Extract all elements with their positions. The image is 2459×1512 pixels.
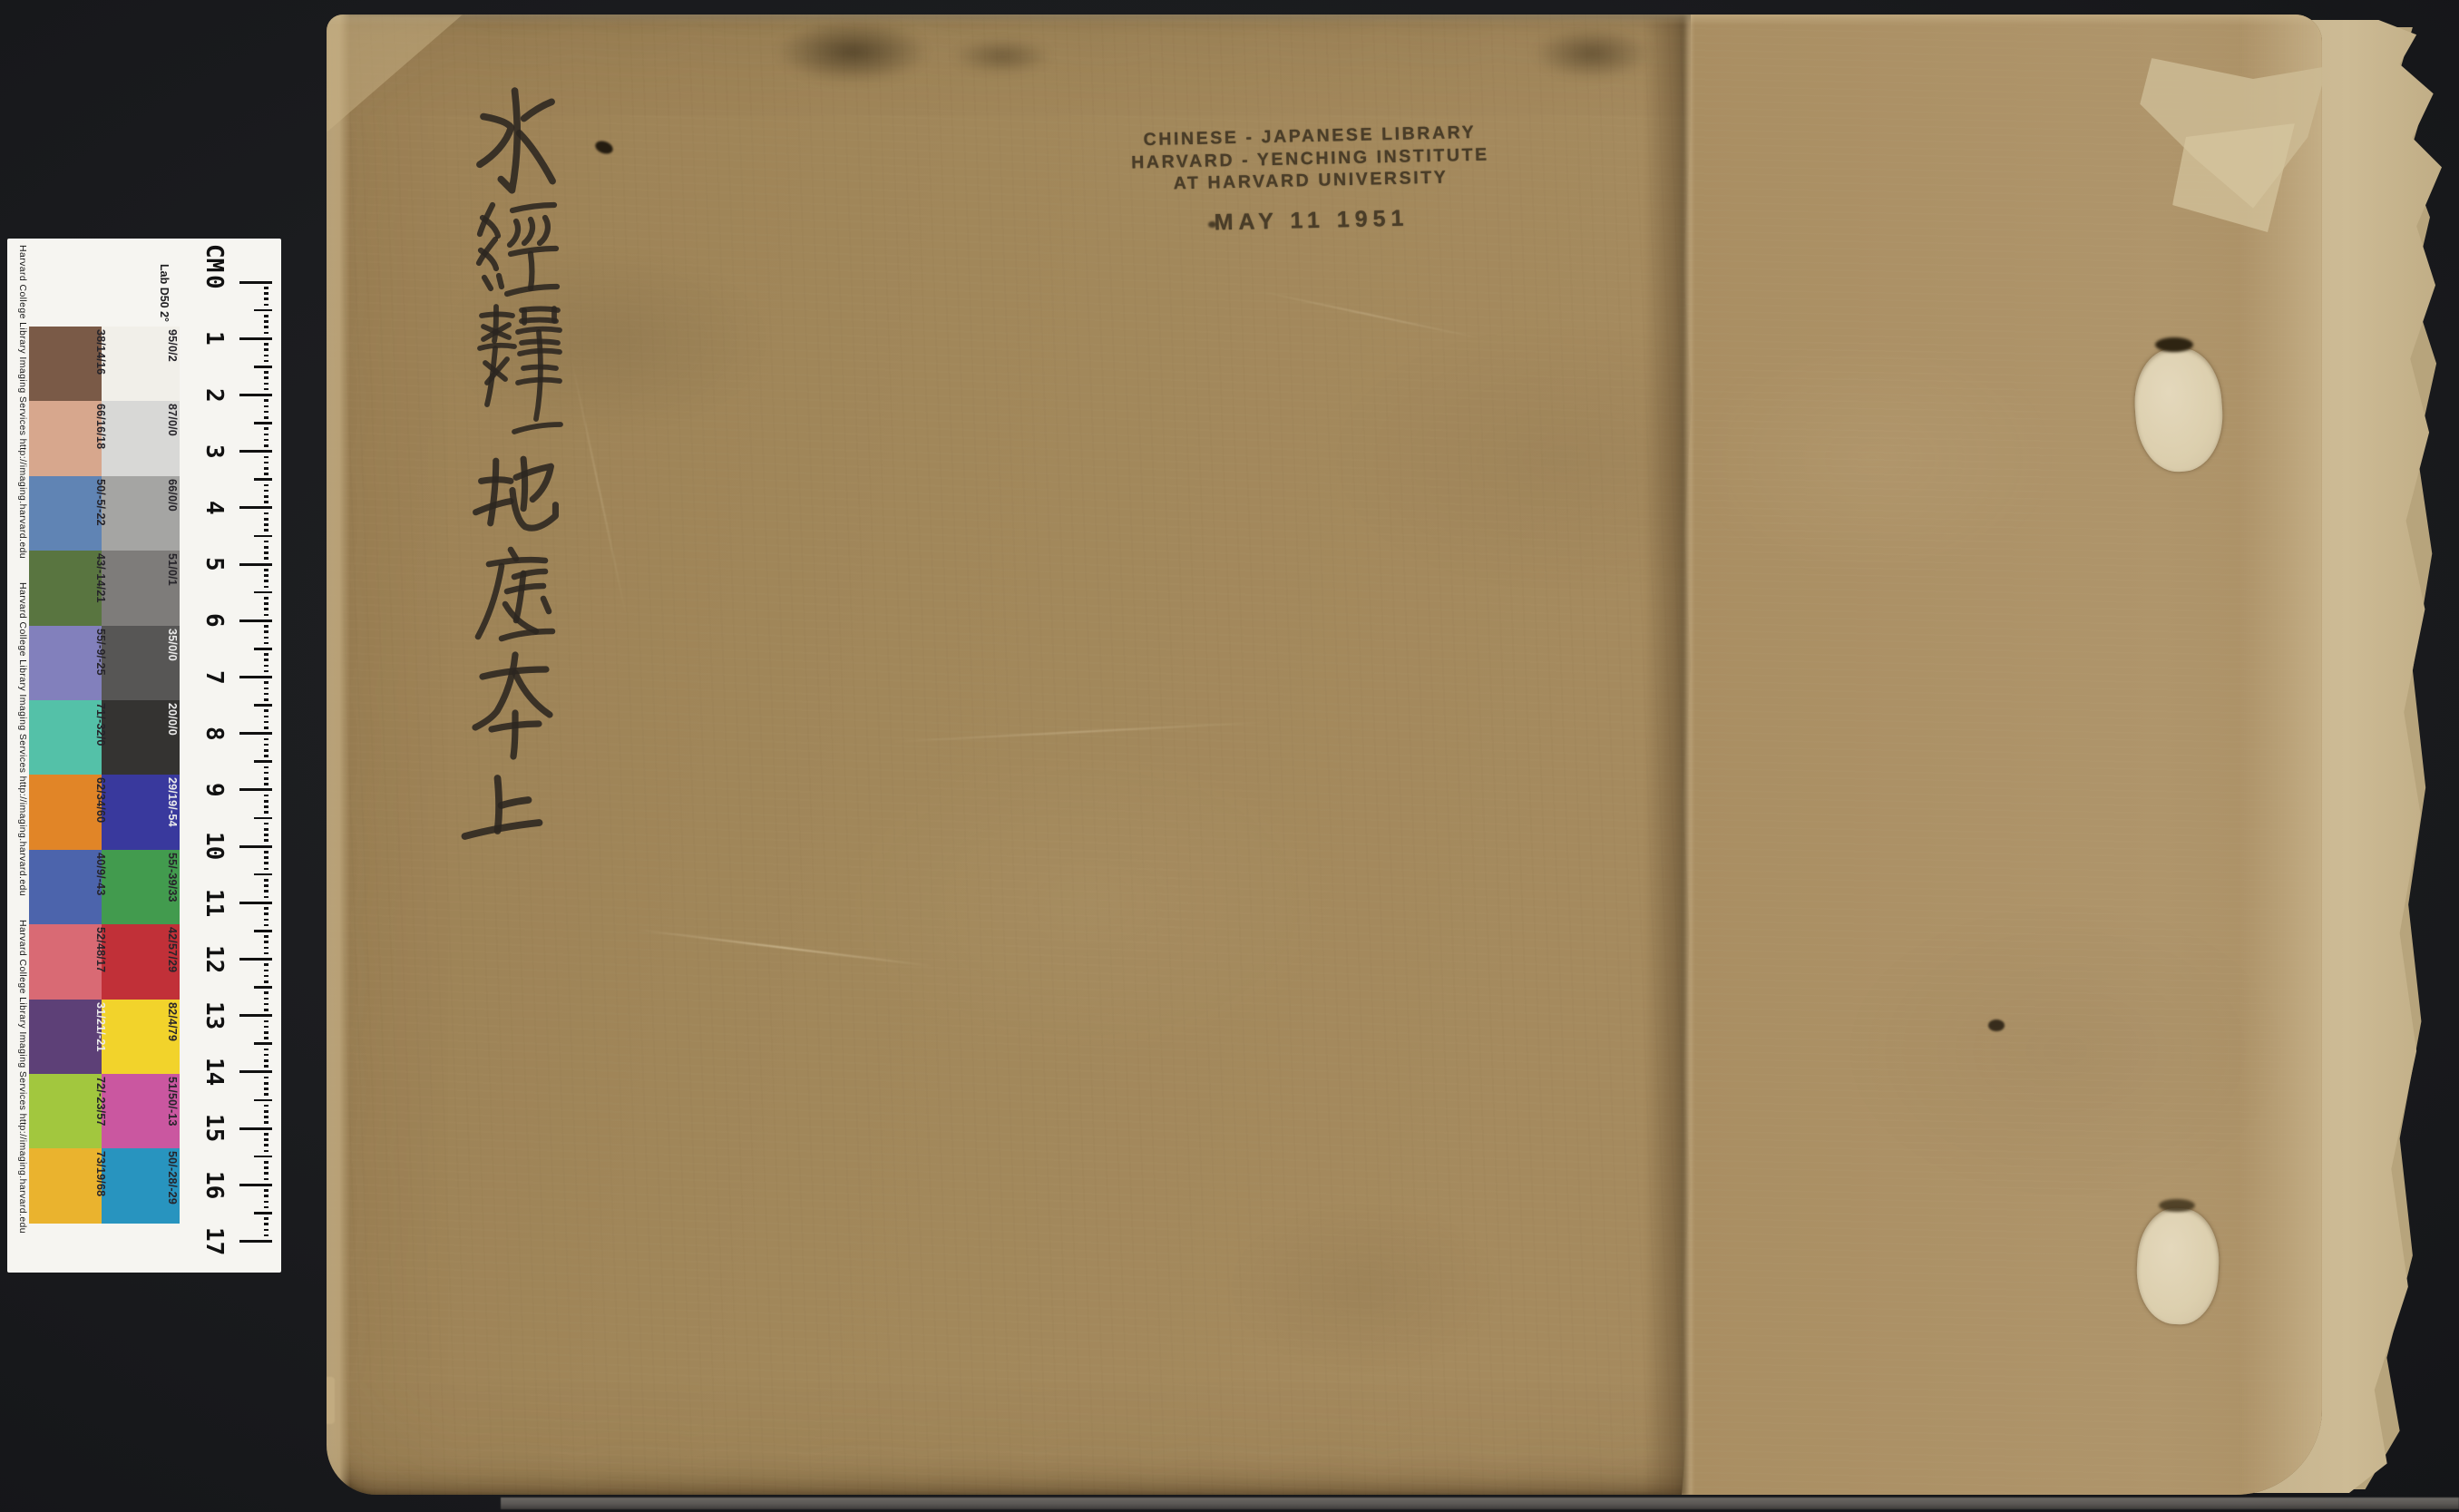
ruler-tick-mm (264, 777, 268, 780)
calligraphy-char-3 (417, 303, 619, 439)
calligraphy-char-1 (417, 85, 612, 203)
ruler-tick-mm (264, 371, 268, 374)
ruler-tick-mm (264, 1037, 268, 1039)
ruler-tick-mm (254, 986, 272, 989)
ruler-tick-mm (264, 1065, 268, 1068)
ruler-tick-mm (264, 484, 268, 487)
ruler-tick-mm (264, 980, 268, 983)
ruler-tick-mm (264, 332, 268, 335)
ruler-number: 11 (192, 880, 236, 925)
ruler-tick-cm (239, 563, 272, 566)
ruler-tick-cm (239, 845, 272, 848)
ruler-tick-mm (264, 868, 268, 871)
ruler-tick-mm (264, 444, 268, 447)
ruler-tick-mm (264, 608, 268, 610)
ruler-tick-mm (264, 388, 268, 391)
ruler-tick-mm (264, 823, 268, 825)
ruler: CM 01234567891011121314151617 (7, 239, 281, 1273)
scuff-mark (636, 929, 933, 967)
cover-title-calligraphy (417, 85, 626, 847)
ruler-tick-mm (264, 709, 268, 712)
patch-label: 50/-5/-22 (94, 479, 107, 526)
ruler-tick-cm (239, 1014, 272, 1017)
ruler-tick-mm (264, 1031, 268, 1034)
ruler-tick-mm (264, 1161, 268, 1164)
patch-label: 73/19/68 (94, 1151, 107, 1196)
ruler-tick-mm (264, 834, 268, 836)
ruler-tick-mm (264, 292, 268, 295)
ruler-tick-mm (264, 597, 268, 600)
cover-right-edge-wear (2239, 15, 2322, 1495)
ruler-tick-mm (264, 1144, 268, 1146)
patch-label: 40/9/-43 (94, 853, 107, 895)
ruler-tick-mm (264, 1178, 268, 1181)
ruler-tick-mm (264, 947, 268, 950)
ruler-tick-mm (264, 1059, 268, 1062)
ruler-tick-mm (264, 456, 268, 459)
ruler-tick-mm (264, 630, 268, 633)
ruler-tick-mm (264, 941, 268, 943)
ruler-tick-mm (254, 309, 272, 312)
ruler-tick-mm (254, 873, 272, 876)
ruler-tick-mm (264, 991, 268, 994)
calligraphy-char-2 (417, 192, 615, 299)
ruler-tick-mm (264, 495, 268, 498)
ruler-tick-mm (264, 462, 268, 464)
ruler-tick-mm (264, 315, 268, 317)
ruler-tick-cm (239, 788, 272, 791)
ruler-number: 1 (192, 316, 236, 361)
ruler-tick-mm (264, 614, 268, 617)
ruler-tick-mm (264, 670, 268, 673)
calligraphy-char-5 (417, 546, 611, 648)
ruler-tick-mm (264, 935, 268, 938)
ruler-tick-mm (254, 1042, 272, 1045)
ruler-tick-mm (264, 998, 268, 1000)
ruler-tick-mm (264, 766, 268, 769)
ruler-tick-mm (264, 970, 268, 972)
ruler-number: 13 (192, 993, 236, 1039)
ruler-tick-mm (264, 862, 268, 864)
ruler-tick-mm (264, 1223, 268, 1225)
ruler-tick-mm (264, 811, 268, 814)
ruler-tick-mm (264, 851, 268, 854)
ruler-tick-mm (264, 1150, 268, 1153)
patch-label: 62/34/60 (94, 777, 107, 823)
ruler-number: 8 (192, 711, 236, 756)
ruler-tick-mm (254, 591, 272, 594)
ruler-tick-cm (239, 1127, 272, 1130)
ruler-tick-mm (264, 879, 268, 882)
ruler-tick-mm (264, 1105, 268, 1107)
ruler-tick-mm (264, 586, 268, 589)
ruler-tick-mm (264, 772, 268, 775)
calligraphy-char-7 (417, 773, 585, 844)
ruler-tick-mm (264, 688, 268, 690)
patch-label: 43/-14/21 (94, 553, 107, 603)
ruler-number: 10 (192, 824, 236, 869)
ruler-tick-mm (264, 856, 268, 859)
ruler-tick-mm (264, 738, 268, 741)
ruler-tick-mm (264, 896, 268, 899)
ruler-tick-mm (264, 805, 268, 808)
ruler-tick-mm (264, 574, 268, 577)
ruler-tick-mm (264, 665, 268, 668)
ruler-tick-cm (239, 281, 272, 284)
digitized-book-scan: { "colors": { "background": "#1b1c1f", "… (0, 0, 2459, 1512)
ruler-tick-mm (264, 434, 268, 436)
book-cover-scan: CHINESE - JAPANESE LIBRARY HARVARD - YEN… (327, 15, 2355, 1495)
ruler-tick-cm (239, 450, 272, 453)
ruler-tick-mm (264, 1077, 268, 1079)
ruler-tick-mm (264, 343, 268, 346)
repair-patch-bottom-shadow (2159, 1199, 2195, 1212)
ruler-tick-mm (264, 551, 268, 554)
ruler-tick-mm (254, 366, 272, 368)
ruler-tick-cm (239, 902, 272, 904)
cover-fold-crease (1644, 15, 1694, 1495)
ruler-tick-mm (264, 1189, 268, 1192)
ruler-tick-mm (264, 727, 268, 729)
ruler-tick-mm (264, 580, 268, 582)
scuff-mark (889, 721, 1270, 743)
ruler-tick-mm (264, 287, 268, 289)
ruler-tick-cm (239, 337, 272, 340)
ruler-tick-mm (264, 512, 268, 515)
color-calibration-target: Harvard College Library Imaging Services… (7, 239, 281, 1273)
ruler-tick-mm (264, 755, 268, 757)
ruler-tick-mm (264, 501, 268, 503)
ruler-tick-mm (264, 1201, 268, 1204)
top-edge-wear (327, 15, 2322, 25)
ruler-tick-mm (264, 439, 268, 442)
ruler-tick-mm (264, 1026, 268, 1029)
ruler-tick-mm (264, 1206, 268, 1209)
ruler-tick-mm (254, 704, 272, 707)
ruler-tick-mm (264, 744, 268, 746)
ruler-tick-mm (264, 681, 268, 684)
ruler-number: 15 (192, 1106, 236, 1151)
ruler-tick-cm (239, 1070, 272, 1073)
patch-label: 52/48/17 (94, 927, 107, 972)
ruler-tick-mm (254, 422, 272, 424)
ruler-tick-mm (264, 890, 268, 893)
ruler-tick-mm (264, 924, 268, 927)
ruler-tick-mm (264, 1133, 268, 1136)
ruler-tick-cm (239, 732, 272, 735)
ruler-tick-mm (264, 546, 268, 549)
scuff-mark (1254, 289, 1486, 340)
ruler-tick-mm (264, 1121, 268, 1124)
ruler-tick-mm (264, 952, 268, 955)
ruler-tick-mm (264, 658, 268, 661)
ruler-tick-mm (264, 518, 268, 521)
repair-patch-top-shadow (2155, 337, 2193, 352)
ruler-tick-mm (264, 383, 268, 385)
ruler-number: 5 (192, 541, 236, 587)
ruler-tick-cm (239, 394, 272, 396)
ruler-tick-mm (264, 749, 268, 752)
ruler-number: 9 (192, 767, 236, 813)
ruler-tick-mm (254, 760, 272, 763)
ruler-tick-mm (254, 1212, 272, 1214)
ruler-tick-mm (264, 1049, 268, 1051)
ruler-tick-mm (264, 523, 268, 526)
dark-speck (1988, 1019, 2005, 1031)
ruler-tick-mm (264, 698, 268, 701)
ruler-tick-mm (264, 320, 268, 323)
ruler-tick-mm (264, 399, 268, 402)
ruler-tick-mm (264, 884, 268, 887)
calligraphy-char-6 (417, 649, 610, 760)
ruler-tick-mm (264, 541, 268, 543)
ruler-tick-mm (264, 602, 268, 605)
ruler-tick-mm (264, 642, 268, 645)
ruler-tick-mm (264, 348, 268, 351)
ruler-number: 2 (192, 372, 236, 417)
ruler-tick-mm (264, 975, 268, 978)
ruler-tick-mm (254, 817, 272, 820)
ruler-tick-mm (264, 326, 268, 328)
ruler-tick-mm (264, 637, 268, 639)
calligraphy-char-4 (417, 450, 615, 537)
ruler-tick-cm (239, 1240, 272, 1243)
ruler-tick-mm (254, 930, 272, 932)
patch-label: 55/-9/-25 (94, 629, 107, 676)
ruler-tick-mm (264, 800, 268, 803)
ruler-tick-mm (264, 355, 268, 357)
ruler-number: 3 (192, 429, 236, 474)
ruler-tick-mm (264, 912, 268, 915)
ruler-number: 17 (192, 1218, 236, 1263)
ruler-tick-mm (264, 716, 268, 718)
ruler-tick-cm (239, 619, 272, 622)
patch-label: 66/16/18 (94, 404, 107, 449)
ruler-tick-mm (264, 360, 268, 363)
ruler-tick-mm (264, 693, 268, 696)
library-stamp: CHINESE - JAPANESE LIBRARY HARVARD - YEN… (1098, 121, 1524, 239)
book-front-cover: CHINESE - JAPANESE LIBRARY HARVARD - YEN… (327, 15, 2322, 1495)
ruler-tick-mm (264, 795, 268, 797)
ruler-tick-mm (264, 1172, 268, 1175)
ruler-number: 16 (192, 1162, 236, 1207)
patch-label: 72/-23/57 (94, 1077, 107, 1127)
ruler-tick-mm (264, 1166, 268, 1169)
ruler-number: 0 (192, 259, 236, 305)
ruler-number: 7 (192, 654, 236, 699)
ruler-tick-mm (264, 557, 268, 560)
ink-smudge (1533, 27, 1651, 80)
ruler-tick-mm (264, 529, 268, 532)
ruler-tick-mm (264, 721, 268, 724)
ruler-tick-mm (264, 298, 268, 300)
ruler-tick-mm (264, 1195, 268, 1197)
ruler-tick-mm (264, 1054, 268, 1057)
patch-label: 38/14/16 (94, 329, 107, 375)
ruler-tick-mm (264, 1116, 268, 1118)
patch-label: 31/21/-21 (94, 1002, 107, 1052)
ruler-tick-mm (254, 478, 272, 481)
ruler-tick-cm (239, 958, 272, 961)
ruler-tick-mm (264, 411, 268, 414)
ink-smudge (776, 20, 930, 83)
ruler-tick-mm (264, 963, 268, 966)
ruler-tick-mm (264, 1088, 268, 1090)
ruler-tick-mm (264, 828, 268, 831)
stamp-date: MAY 11 1951 (1100, 202, 1524, 239)
ruler-tick-mm (264, 1093, 268, 1096)
ruler-tick-mm (254, 1099, 272, 1102)
cover-right-lighter-panel (1680, 15, 2322, 1495)
ruler-tick-mm (264, 405, 268, 408)
ruler-tick-mm (254, 535, 272, 538)
ruler-tick-mm (264, 416, 268, 419)
ruler-tick-mm (264, 1229, 268, 1232)
ruler-tick-mm (264, 839, 268, 842)
ruler-tick-mm (264, 1082, 268, 1085)
ruler-tick-cm (239, 1184, 272, 1186)
ruler-tick-mm (264, 1217, 268, 1220)
ruler-number: 4 (192, 485, 236, 531)
ruler-tick-mm (264, 467, 268, 470)
ruler-tick-mm (264, 490, 268, 493)
patch-label: 71/-32/0 (94, 703, 107, 746)
ruler-tick-mm (264, 907, 268, 910)
ruler-tick-mm (264, 1003, 268, 1006)
ruler-tick-mm (264, 783, 268, 785)
ruler-tick-mm (264, 1009, 268, 1011)
ruler-tick-mm (264, 653, 268, 656)
ruler-number: 14 (192, 1049, 236, 1095)
ruler-tick-mm (264, 569, 268, 571)
ruler-tick-mm (264, 473, 268, 475)
ruler-tick-mm (254, 648, 272, 650)
scan-cradle-edge (501, 1497, 2459, 1509)
ruler-tick-mm (264, 919, 268, 922)
ruler-tick-mm (254, 1156, 272, 1158)
ink-smudge (952, 38, 1052, 74)
ruler-number: 12 (192, 936, 236, 981)
ruler-tick-mm (264, 1234, 268, 1237)
ruler-tick-mm (264, 427, 268, 430)
ruler-tick-mm (264, 1138, 268, 1141)
ruler-tick-cm (239, 676, 272, 678)
spine-edge-wear (327, 15, 350, 1495)
ruler-tick-mm (264, 376, 268, 379)
ruler-tick-mm (264, 625, 268, 628)
ruler-tick-mm (264, 1110, 268, 1113)
ruler-number: 6 (192, 598, 236, 643)
ruler-tick-mm (264, 1020, 268, 1023)
ruler-tick-mm (264, 304, 268, 307)
ruler-tick-cm (239, 506, 272, 509)
spine-tab (327, 1377, 335, 1424)
